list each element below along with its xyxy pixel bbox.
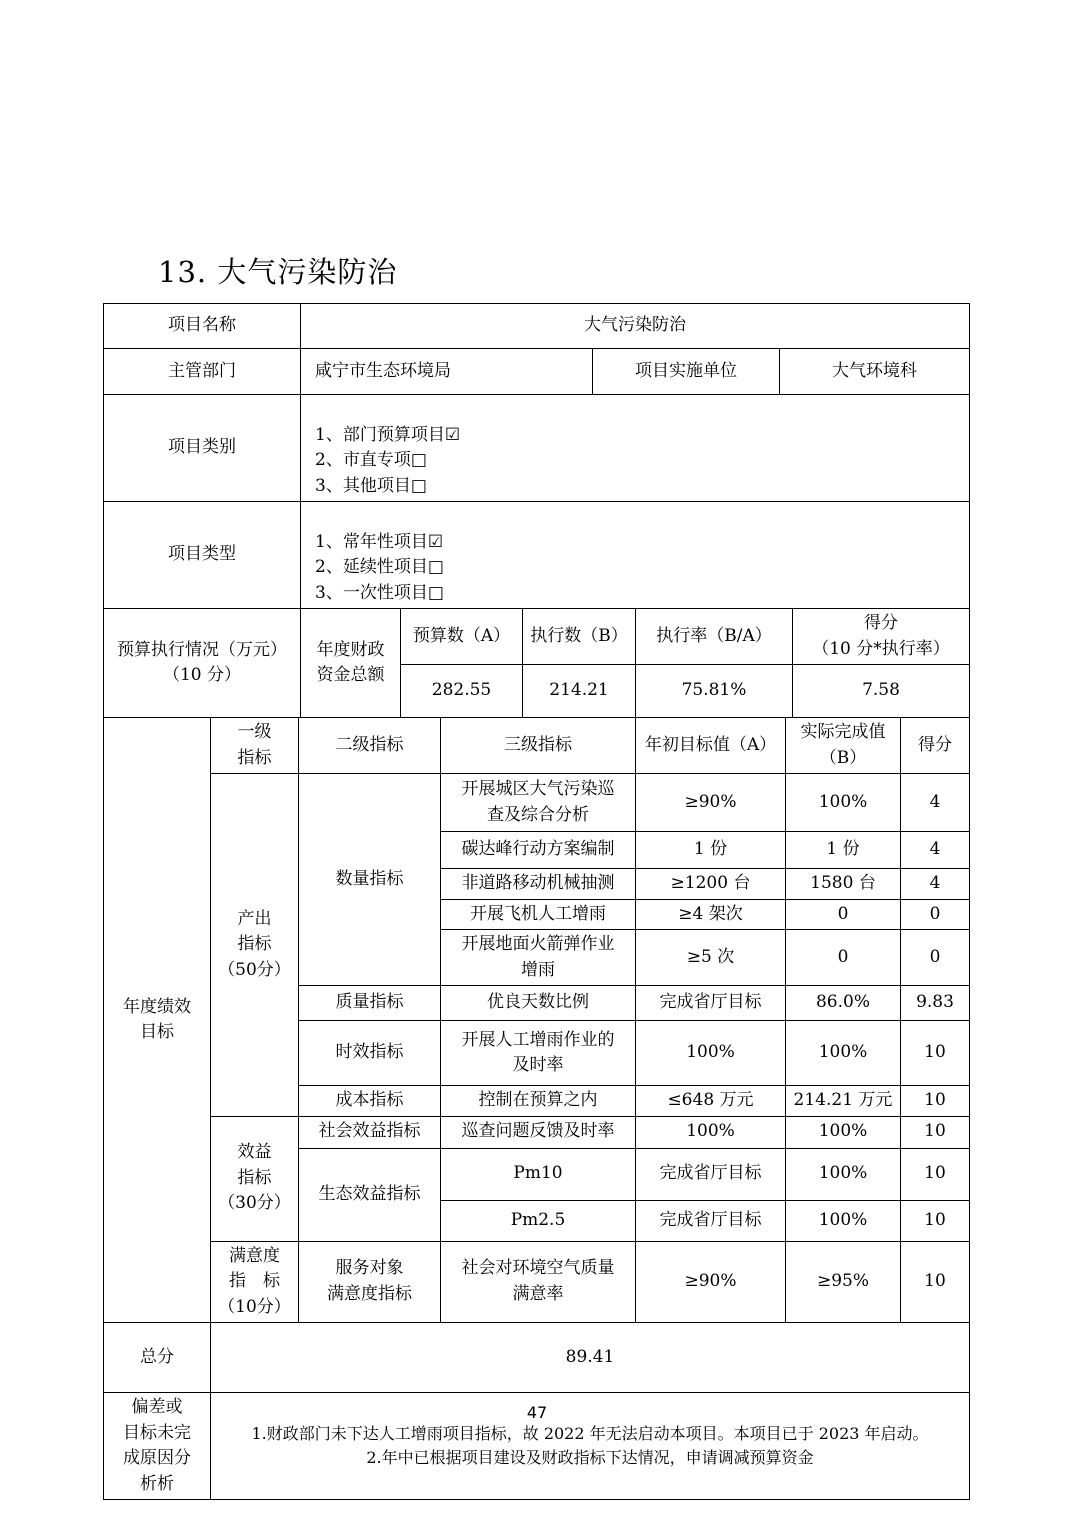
indicator-cell: Pm2.5 <box>441 1200 636 1241</box>
annual-fund-label: 年度财政 资金总额 <box>301 609 401 718</box>
total-score-table: 总分 89.41 <box>103 1322 970 1393</box>
category-option-city-special-unchecked: 2、市直专项□ <box>315 448 427 474</box>
total-score-value: 89.41 <box>211 1323 970 1393</box>
actual-cell: 0 <box>786 899 901 930</box>
indicator-cell: Pm10 <box>441 1148 636 1200</box>
header-level2: 二级指标 <box>299 718 441 774</box>
header-target: 年初目标值（A） <box>636 718 786 774</box>
header-level1: 一级 指标 <box>211 718 299 774</box>
budget-col-header-b: 执行数（B） <box>523 609 636 665</box>
level1-output-indicator: 产出 指标 （50分） <box>211 774 299 1117</box>
score-cell: 10 <box>901 1241 970 1323</box>
level1-satisfaction-indicator: 满意度 指 标 （10分） <box>211 1241 299 1323</box>
level2-social-benefit-indicator: 社会效益指标 <box>299 1116 441 1148</box>
score-cell: 10 <box>901 1086 970 1117</box>
table-row: 效益 指标 （30分） 社会效益指标 巡查问题反馈及时率 100% 100% 1… <box>104 1116 970 1148</box>
indicator-cell: 非道路移动机械抽测 <box>441 869 636 900</box>
level2-cost-indicator: 成本指标 <box>299 1086 441 1117</box>
score-cell: 0 <box>901 930 970 986</box>
actual-cell: 0 <box>786 930 901 986</box>
level1-benefit-indicator: 效益 指标 （30分） <box>211 1116 299 1241</box>
category-options: 1、部门预算项目☑ 2、市直专项□ 3、其他项目□ <box>301 395 970 502</box>
level2-quantity-indicator: 数量指标 <box>299 774 441 986</box>
document-page: 13. 大气污染防治 项目名称 大气污染防治 主管部门 咸宁市生态环境局 项目实… <box>0 0 1074 1520</box>
score-cell: 4 <box>901 869 970 900</box>
project-name-value: 大气污染防治 <box>301 304 970 349</box>
dept-value: 咸宁市生态环境局 <box>301 349 593 395</box>
actual-cell: 100% <box>786 1021 901 1086</box>
type-option-continuing-unchecked: 2、延续性项目□ <box>315 555 444 581</box>
actual-cell: 100% <box>786 1200 901 1241</box>
category-option-dept-budget-checked: 1、部门预算项目☑ <box>315 423 460 449</box>
table-row: 项目类别 1、部门预算项目☑ 2、市直专项□ 3、其他项目□ <box>104 395 970 502</box>
section-title: 13. 大气污染防治 <box>158 250 397 291</box>
target-cell: 完成省厅目标 <box>636 986 786 1021</box>
level2-service-satisfaction-indicator: 服务对象 满意度指标 <box>299 1241 441 1323</box>
category-label: 项目类别 <box>104 395 301 502</box>
indicator-cell: 优良天数比例 <box>441 986 636 1021</box>
target-cell: 100% <box>636 1021 786 1086</box>
basic-info-table: 项目名称 大气污染防治 主管部门 咸宁市生态环境局 项目实施单位 大气环境科 项… <box>103 303 970 609</box>
table-row: 总分 89.41 <box>104 1323 970 1393</box>
budget-col-header-score: 得分 （10 分*执行率） <box>793 609 970 665</box>
indicator-cell: 巡查问题反馈及时率 <box>441 1116 636 1148</box>
actual-cell: 100% <box>786 1148 901 1200</box>
target-cell: ≥1200 台 <box>636 869 786 900</box>
table-row: 年度绩效 目标 一级 指标 二级指标 三级指标 年初目标值（A） 实际完成值 （… <box>104 718 970 774</box>
budget-col-header-rate: 执行率（B/A） <box>636 609 793 665</box>
table-row: 项目类型 1、常年性项目☑ 2、延续性项目□ 3、一次性项目□ <box>104 502 970 609</box>
performance-indicator-table: 年度绩效 目标 一级 指标 二级指标 三级指标 年初目标值（A） 实际完成值 （… <box>103 717 970 1323</box>
target-cell: ≥90% <box>636 774 786 832</box>
level2-eco-benefit-indicator: 生态效益指标 <box>299 1148 441 1241</box>
actual-cell: 1 份 <box>786 832 901 869</box>
actual-cell: 1580 台 <box>786 869 901 900</box>
type-option-perennial-checked: 1、常年性项目☑ <box>315 530 443 556</box>
budget-value-a: 282.55 <box>401 665 523 718</box>
budget-value-score: 7.58 <box>793 665 970 718</box>
header-score: 得分 <box>901 718 970 774</box>
table-row: 预算执行情况（万元） （10 分） 年度财政 资金总额 预算数（A） 执行数（B… <box>104 609 970 665</box>
level2-timeliness-indicator: 时效指标 <box>299 1021 441 1086</box>
project-name-label: 项目名称 <box>104 304 301 349</box>
target-cell: 100% <box>636 1116 786 1148</box>
budget-section-label: 预算执行情况（万元） （10 分） <box>104 609 301 718</box>
total-score-label: 总分 <box>104 1323 211 1393</box>
annual-performance-goal-label: 年度绩效 目标 <box>104 718 211 1323</box>
table-row: 产出 指标 （50分） 数量指标 开展城区大气污染巡 查及综合分析 ≥90% 1… <box>104 774 970 832</box>
header-actual: 实际完成值 （B） <box>786 718 901 774</box>
target-cell: ≥5 次 <box>636 930 786 986</box>
category-option-other-unchecked: 3、其他项目□ <box>315 474 427 500</box>
impl-unit-value: 大气环境科 <box>780 349 970 395</box>
score-cell: 10 <box>901 1021 970 1086</box>
indicator-cell: 社会对环境空气质量 满意率 <box>441 1241 636 1323</box>
table-row: 项目名称 大气污染防治 <box>104 304 970 349</box>
score-cell: 10 <box>901 1200 970 1241</box>
score-cell: 0 <box>901 899 970 930</box>
actual-cell: ≥95% <box>786 1241 901 1323</box>
actual-cell: 214.21 万元 <box>786 1086 901 1117</box>
actual-cell: 100% <box>786 774 901 832</box>
score-cell: 9.83 <box>901 986 970 1021</box>
page-number: 47 <box>0 1403 1074 1422</box>
header-level3: 三级指标 <box>441 718 636 774</box>
budget-col-header-a: 预算数（A） <box>401 609 523 665</box>
indicator-cell: 开展地面火箭弹作业 增雨 <box>441 930 636 986</box>
type-options: 1、常年性项目☑ 2、延续性项目□ 3、一次性项目□ <box>301 502 970 609</box>
target-cell: ≤648 万元 <box>636 1086 786 1117</box>
indicator-cell: 开展飞机人工增雨 <box>441 899 636 930</box>
budget-execution-table: 预算执行情况（万元） （10 分） 年度财政 资金总额 预算数（A） 执行数（B… <box>103 608 970 718</box>
indicator-cell: 开展城区大气污染巡 查及综合分析 <box>441 774 636 832</box>
score-cell: 10 <box>901 1116 970 1148</box>
table-row: 满意度 指 标 （10分） 服务对象 满意度指标 社会对环境空气质量 满意率 ≥… <box>104 1241 970 1323</box>
score-cell: 4 <box>901 774 970 832</box>
target-cell: ≥90% <box>636 1241 786 1323</box>
actual-cell: 86.0% <box>786 986 901 1021</box>
impl-unit-label: 项目实施单位 <box>593 349 780 395</box>
score-cell: 4 <box>901 832 970 869</box>
target-cell: 1 份 <box>636 832 786 869</box>
score-cell: 10 <box>901 1148 970 1200</box>
evaluation-table: 项目名称 大气污染防治 主管部门 咸宁市生态环境局 项目实施单位 大气环境科 项… <box>103 303 969 1500</box>
type-option-onetime-unchecked: 3、一次性项目□ <box>315 581 444 607</box>
budget-value-rate: 75.81% <box>636 665 793 718</box>
level2-quality-indicator: 质量指标 <box>299 986 441 1021</box>
indicator-cell: 开展人工增雨作业的 及时率 <box>441 1021 636 1086</box>
target-cell: 完成省厅目标 <box>636 1200 786 1241</box>
target-cell: ≥4 架次 <box>636 899 786 930</box>
dept-label: 主管部门 <box>104 349 301 395</box>
indicator-cell: 碳达峰行动方案编制 <box>441 832 636 869</box>
target-cell: 完成省厅目标 <box>636 1148 786 1200</box>
budget-value-b: 214.21 <box>523 665 636 718</box>
actual-cell: 100% <box>786 1116 901 1148</box>
table-row: 主管部门 咸宁市生态环境局 项目实施单位 大气环境科 <box>104 349 970 395</box>
type-label: 项目类型 <box>104 502 301 609</box>
indicator-cell: 控制在预算之内 <box>441 1086 636 1117</box>
